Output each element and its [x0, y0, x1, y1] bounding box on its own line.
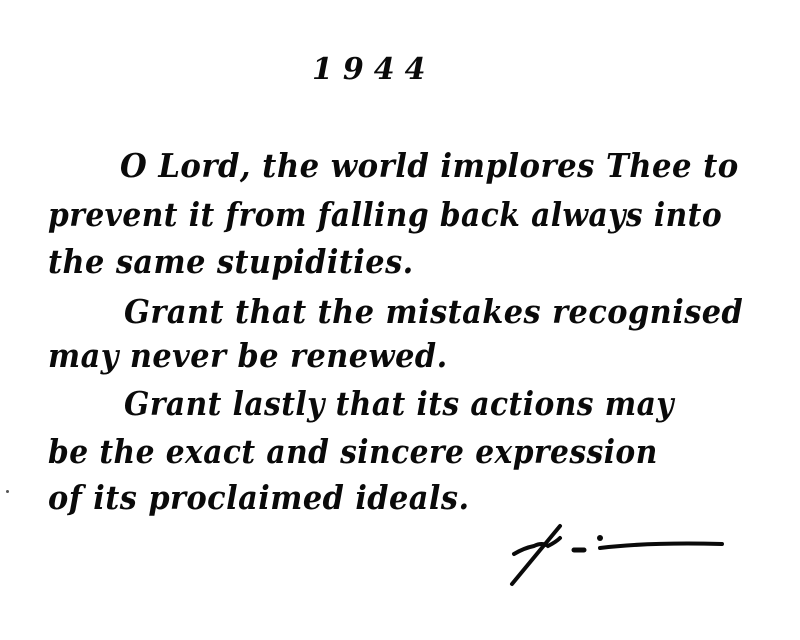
handwritten-page: 1944 O Lord, the world implores Thee to …: [0, 0, 800, 640]
signature-mark: [500, 520, 740, 590]
text-line: Grant lastly that its actions may: [124, 384, 674, 423]
text-line: of its proclaimed ideals.: [48, 478, 469, 517]
text-line: Grant that the mistakes recognised: [124, 292, 743, 331]
text-line: O Lord, the world implores Thee to: [120, 146, 739, 185]
year-heading: 1944: [312, 52, 436, 87]
text-line: be the exact and sincere expression: [48, 432, 658, 471]
text-line: prevent it from falling back always into: [48, 195, 722, 234]
text-line: may never be renewed.: [48, 336, 448, 375]
text-line: the same stupidities.: [48, 242, 414, 281]
speck: [6, 490, 9, 493]
